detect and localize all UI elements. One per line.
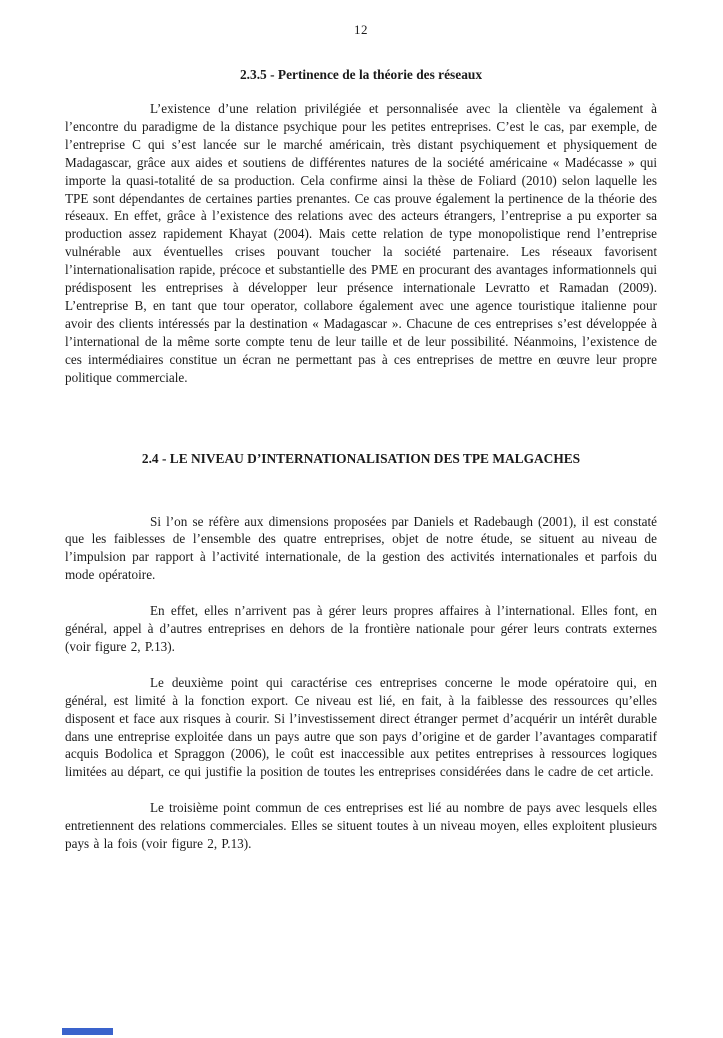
paragraph-third-point: Le troisième point commun de ces entrepr…: [65, 799, 657, 853]
paragraph-operating-mode: Le deuxième point qui caractérise ces en…: [65, 674, 657, 781]
paragraph-networks-theory: L’existence d’une relation privilégiée e…: [65, 100, 657, 387]
paragraph-external-contracts: En effet, elles n’arrivent pas à gérer l…: [65, 602, 657, 656]
section-heading-2-3-5: 2.3.5 - Pertinence de la théorie des rés…: [65, 67, 657, 83]
document-page: 12 2.3.5 - Pertinence de la théorie des …: [0, 0, 723, 1038]
paragraph-dimensions: Si l’on se réfère aux dimensions proposé…: [65, 513, 657, 585]
section-heading-2-4: 2.4 - LE NIVEAU D’INTERNATIONALISATION D…: [65, 451, 657, 467]
bottom-blue-artifact-bar: [62, 1028, 113, 1035]
page-number: 12: [65, 22, 657, 38]
